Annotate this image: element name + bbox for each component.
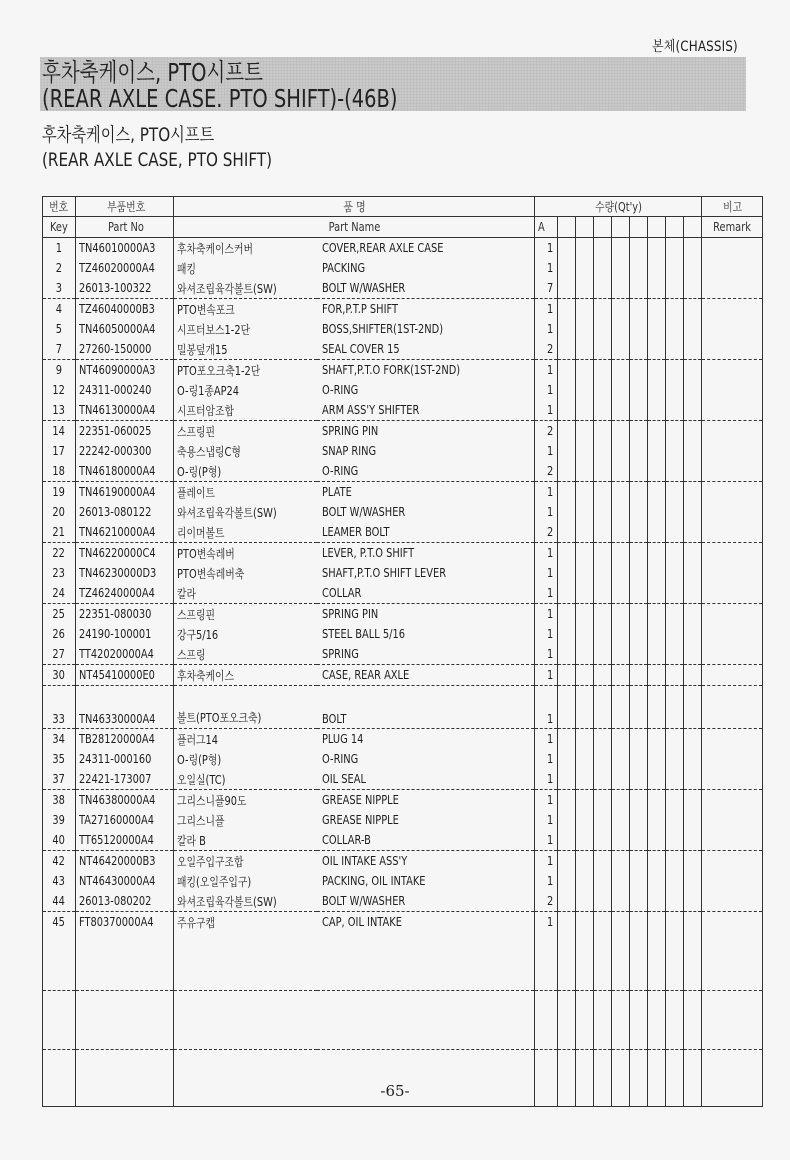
quantity-variant-cell xyxy=(576,912,594,933)
quantity-variant-cell xyxy=(648,871,666,891)
quantity-variant-cell xyxy=(558,891,576,912)
remark-cell xyxy=(702,769,763,790)
key-cell: 5 xyxy=(43,319,76,339)
quantity-variant-cell xyxy=(666,665,684,686)
quantity-variant-cell xyxy=(648,400,666,421)
quantity-variant-cell xyxy=(558,380,576,400)
subtitle-korean: 후차축케이스, PTO시프트 xyxy=(42,125,214,145)
blank-cell xyxy=(576,932,594,991)
quantity-variant-cell xyxy=(576,299,594,320)
key-cell: 39 xyxy=(43,810,76,830)
quantity-variant-cell xyxy=(666,299,684,320)
quantity-variant-cell xyxy=(630,912,648,933)
quantity-cell: 1 xyxy=(535,400,558,421)
quantity-variant-cell xyxy=(558,749,576,769)
quantity-variant-cell xyxy=(630,686,648,729)
quantity-variant-cell xyxy=(612,563,630,583)
key-cell: 1 xyxy=(43,238,76,259)
remark-cell xyxy=(702,543,763,564)
part-name-english-cell: OIL INTAKE ASS'Y xyxy=(317,851,535,872)
part-number-cell: NT46420000B3 xyxy=(76,851,174,872)
quantity-variant-cell xyxy=(594,563,612,583)
part-number-cell: TN46010000A3 xyxy=(76,238,174,259)
remark-cell xyxy=(702,644,763,665)
part-name-korean-cell: 플러그14 xyxy=(174,729,318,750)
part-name-english-cell: STEEL BALL 5/16 xyxy=(317,624,535,644)
quantity-variant-cell xyxy=(594,319,612,339)
header-key-korean: 번호 xyxy=(43,197,76,217)
quantity-variant-cell xyxy=(648,522,666,543)
quantity-variant-cell xyxy=(648,583,666,604)
part-number-cell: 27260-150000 xyxy=(76,339,174,360)
key-cell: 40 xyxy=(43,830,76,851)
quantity-variant-cell xyxy=(558,604,576,625)
quantity-variant-cell xyxy=(576,380,594,400)
key-cell: 37 xyxy=(43,769,76,790)
quantity-variant-cell xyxy=(648,543,666,564)
blank-cell xyxy=(630,932,648,991)
quantity-variant-cell xyxy=(576,810,594,830)
quantity-variant-cell xyxy=(630,319,648,339)
blank-cell xyxy=(648,991,666,1050)
quantity-variant-cell xyxy=(612,360,630,381)
quantity-variant-cell xyxy=(630,790,648,811)
quantity-variant-cell xyxy=(558,482,576,503)
quantity-variant-cell xyxy=(558,238,576,259)
quantity-variant-cell xyxy=(684,583,702,604)
part-number-cell: 24311-000160 xyxy=(76,749,174,769)
table-row: 727260-150000밀봉덮개15SEAL COVER 152 xyxy=(43,339,763,360)
remark-cell xyxy=(702,400,763,421)
remark-cell xyxy=(702,624,763,644)
quantity-variant-cell xyxy=(612,543,630,564)
quantity-variant-cell xyxy=(612,891,630,912)
part-number-cell: 26013-080202 xyxy=(76,891,174,912)
quantity-variant-cell xyxy=(612,380,630,400)
quantity-variant-cell xyxy=(630,278,648,299)
quantity-variant-cell xyxy=(648,360,666,381)
key-cell: 30 xyxy=(43,665,76,686)
quantity-variant-cell xyxy=(594,360,612,381)
quantity-variant-cell xyxy=(576,644,594,665)
quantity-variant-cell xyxy=(558,830,576,851)
quantity-variant-cell xyxy=(630,604,648,625)
remark-cell xyxy=(702,851,763,872)
part-name-korean-cell: 와셔조립육각볼트(SW) xyxy=(174,278,318,299)
quantity-variant-cell xyxy=(576,624,594,644)
remark-cell xyxy=(702,380,763,400)
part-number-cell: TB28120000A4 xyxy=(76,729,174,750)
part-name-english-cell: BOLT W/WASHER xyxy=(317,278,535,299)
table-row: 13TN46130000A4시프터암조합ARM ASS'Y SHIFTER1 xyxy=(43,400,763,421)
remark-cell xyxy=(702,258,763,278)
quantity-variant-cell xyxy=(612,461,630,482)
quantity-variant-cell xyxy=(612,912,630,933)
part-number-cell: TT42020000A4 xyxy=(76,644,174,665)
key-cell: 25 xyxy=(43,604,76,625)
part-number-cell: TZ46040000B3 xyxy=(76,299,174,320)
quantity-variant-cell xyxy=(684,482,702,503)
key-cell: 7 xyxy=(43,339,76,360)
quantity-cell: 1 xyxy=(535,830,558,851)
part-name-korean-cell: 강구5/16 xyxy=(174,624,318,644)
quantity-variant-cell xyxy=(594,299,612,320)
remark-cell xyxy=(702,871,763,891)
quantity-variant-cell xyxy=(558,686,576,729)
quantity-variant-cell xyxy=(612,644,630,665)
key-cell: 38 xyxy=(43,790,76,811)
quantity-variant-cell xyxy=(648,644,666,665)
quantity-variant-cell xyxy=(666,319,684,339)
quantity-variant-cell xyxy=(612,790,630,811)
quantity-variant-cell xyxy=(666,400,684,421)
quantity-variant-cell xyxy=(576,851,594,872)
quantity-variant-cell xyxy=(684,441,702,461)
part-name-english-cell: O-RING xyxy=(317,380,535,400)
quantity-variant-cell xyxy=(684,686,702,729)
part-number-cell: TZ46020000A4 xyxy=(76,258,174,278)
remark-cell xyxy=(702,563,763,583)
quantity-variant-cell xyxy=(612,769,630,790)
part-name-korean-cell: 축용스냅링C형 xyxy=(174,441,318,461)
quantity-variant-cell xyxy=(576,729,594,750)
quantity-variant-cell xyxy=(594,482,612,503)
quantity-variant-cell xyxy=(594,665,612,686)
table-row: 34TB28120000A4플러그14PLUG 141 xyxy=(43,729,763,750)
quantity-variant-cell xyxy=(576,749,594,769)
quantity-variant-cell xyxy=(666,380,684,400)
quantity-variant-cell xyxy=(558,583,576,604)
quantity-variant-cell xyxy=(648,380,666,400)
part-name-korean-cell: O-링1종AP24 xyxy=(174,380,318,400)
part-number-cell: NT46090000A3 xyxy=(76,360,174,381)
header-name-korean: 품 명 xyxy=(174,197,535,217)
quantity-variant-cell xyxy=(666,563,684,583)
remark-cell xyxy=(702,441,763,461)
quantity-variant-cell xyxy=(594,604,612,625)
header-qty: 수량(Qt'y) xyxy=(535,197,702,217)
quantity-variant-cell xyxy=(612,238,630,259)
blank-cell xyxy=(174,932,318,991)
part-name-korean-cell: 오일주입구조합 xyxy=(174,851,318,872)
banner-title-english: (REAR AXLE CASE. PTO SHIFT)-(46B) xyxy=(42,86,398,112)
quantity-variant-cell xyxy=(576,522,594,543)
quantity-variant-cell xyxy=(666,482,684,503)
table-row: 43NT46430000A4패킹(오일주입구)PACKING, OIL INTA… xyxy=(43,871,763,891)
quantity-variant-cell xyxy=(594,421,612,442)
part-name-english-cell: BOLT W/WASHER xyxy=(317,891,535,912)
table-row: 5TN46050000A4시프터보스1-2단BOSS,SHIFTER(1ST-2… xyxy=(43,319,763,339)
part-name-english-cell: SPRING PIN xyxy=(317,421,535,442)
quantity-variant-cell xyxy=(684,522,702,543)
remark-cell xyxy=(702,891,763,912)
table-row: 42NT46420000B3오일주입구조합OIL INTAKE ASS'Y1 xyxy=(43,851,763,872)
quantity-cell: 1 xyxy=(535,729,558,750)
part-number-cell: TN46190000A4 xyxy=(76,482,174,503)
quantity-variant-cell xyxy=(558,871,576,891)
header-partno-english: Part No xyxy=(76,217,174,238)
quantity-variant-cell xyxy=(630,339,648,360)
quantity-variant-cell xyxy=(594,769,612,790)
quantity-variant-cell xyxy=(684,851,702,872)
quantity-variant-cell xyxy=(576,238,594,259)
remark-cell xyxy=(702,421,763,442)
quantity-variant-cell xyxy=(612,686,630,729)
key-cell: 20 xyxy=(43,502,76,522)
quantity-variant-cell xyxy=(684,891,702,912)
part-name-korean-cell: 볼트(PTO포오크축) xyxy=(174,686,318,729)
quantity-variant-cell xyxy=(666,441,684,461)
quantity-cell: 1 xyxy=(535,583,558,604)
table-row: 27TT42020000A4스프링SPRING1 xyxy=(43,644,763,665)
key-cell: 19 xyxy=(43,482,76,503)
quantity-variant-cell xyxy=(612,502,630,522)
remark-cell xyxy=(702,729,763,750)
quantity-cell: 1 xyxy=(535,563,558,583)
quantity-variant-cell xyxy=(594,810,612,830)
part-name-english-cell: SHAFT,P.T.O SHIFT LEVER xyxy=(317,563,535,583)
quantity-variant-cell xyxy=(576,400,594,421)
quantity-variant-cell xyxy=(648,421,666,442)
quantity-variant-cell xyxy=(684,278,702,299)
quantity-cell: 1 xyxy=(535,319,558,339)
blank-cell xyxy=(594,991,612,1050)
table-row: 21TN46210000A4리이머볼트LEAMER BOLT2 xyxy=(43,522,763,543)
quantity-variant-cell xyxy=(558,810,576,830)
quantity-variant-cell xyxy=(576,790,594,811)
quantity-variant-cell xyxy=(684,339,702,360)
quantity-variant-cell xyxy=(612,258,630,278)
table-row: 33TN46330000A4볼트(PTO포오크축)BOLT1 xyxy=(43,686,763,729)
subtitle-english: (REAR AXLE CASE, PTO SHIFT) xyxy=(42,150,272,170)
quantity-cell: 1 xyxy=(535,912,558,933)
quantity-variant-cell xyxy=(594,461,612,482)
blank-cell xyxy=(684,991,702,1050)
part-name-korean-cell: 스프링핀 xyxy=(174,604,318,625)
quantity-variant-cell xyxy=(576,461,594,482)
header-qty-col xyxy=(648,217,666,238)
quantity-variant-cell xyxy=(558,522,576,543)
remark-cell xyxy=(702,583,763,604)
quantity-variant-cell xyxy=(576,278,594,299)
remark-cell xyxy=(702,790,763,811)
table-row: 22TN46220000C4PTO변속레버LEVER, P.T.O SHIFT1 xyxy=(43,543,763,564)
quantity-variant-cell xyxy=(666,604,684,625)
remark-cell xyxy=(702,238,763,259)
remark-cell xyxy=(702,278,763,299)
blank-cell xyxy=(576,991,594,1050)
part-number-cell: 22351-060025 xyxy=(76,421,174,442)
quantity-variant-cell xyxy=(648,258,666,278)
quantity-variant-cell xyxy=(648,238,666,259)
quantity-variant-cell xyxy=(594,891,612,912)
quantity-variant-cell xyxy=(630,830,648,851)
quantity-variant-cell xyxy=(666,238,684,259)
part-number-cell: 22242-000300 xyxy=(76,441,174,461)
key-cell: 42 xyxy=(43,851,76,872)
blank-cell xyxy=(648,932,666,991)
part-number-cell: TN46130000A4 xyxy=(76,400,174,421)
table-row: 45FT80370000A4주유구캡CAP, OIL INTAKE1 xyxy=(43,912,763,933)
quantity-variant-cell xyxy=(630,421,648,442)
part-name-korean-cell: 오일실(TC) xyxy=(174,769,318,790)
part-number-cell: TN46180000A4 xyxy=(76,461,174,482)
quantity-variant-cell xyxy=(594,258,612,278)
blank-cell xyxy=(630,991,648,1050)
part-name-korean-cell: 칼라 B xyxy=(174,830,318,851)
blank-cell xyxy=(43,932,76,991)
key-cell: 13 xyxy=(43,400,76,421)
quantity-variant-cell xyxy=(612,830,630,851)
quantity-variant-cell xyxy=(648,749,666,769)
quantity-variant-cell xyxy=(666,729,684,750)
header-qty-col xyxy=(612,217,630,238)
key-cell: 3 xyxy=(43,278,76,299)
part-number-cell: TN46210000A4 xyxy=(76,522,174,543)
part-name-english-cell: COVER,REAR AXLE CASE xyxy=(317,238,535,259)
blank-cell xyxy=(535,932,558,991)
quantity-variant-cell xyxy=(594,749,612,769)
quantity-variant-cell xyxy=(666,790,684,811)
table-row: 1422351-060025스프링핀SPRING PIN2 xyxy=(43,421,763,442)
quantity-cell: 1 xyxy=(535,604,558,625)
quantity-variant-cell xyxy=(684,502,702,522)
part-number-cell: TN46220000C4 xyxy=(76,543,174,564)
quantity-variant-cell xyxy=(576,258,594,278)
quantity-variant-cell xyxy=(558,299,576,320)
remark-cell xyxy=(702,830,763,851)
quantity-variant-cell xyxy=(558,319,576,339)
part-name-english-cell: COLLAR-B xyxy=(317,830,535,851)
part-number-cell: TZ46240000A4 xyxy=(76,583,174,604)
quantity-variant-cell xyxy=(594,400,612,421)
blank-cell xyxy=(666,991,684,1050)
table-row: 3722421-173007오일실(TC)OIL SEAL1 xyxy=(43,769,763,790)
part-number-cell: 22351-080030 xyxy=(76,604,174,625)
quantity-variant-cell xyxy=(648,278,666,299)
part-name-korean-cell: 패킹(오일주입구) xyxy=(174,871,318,891)
part-name-english-cell: LEVER, P.T.O SHIFT xyxy=(317,543,535,564)
quantity-variant-cell xyxy=(612,810,630,830)
quantity-variant-cell xyxy=(648,319,666,339)
quantity-variant-cell xyxy=(630,891,648,912)
part-name-english-cell: BOLT xyxy=(317,686,535,729)
blank-row xyxy=(43,991,763,1050)
quantity-variant-cell xyxy=(666,258,684,278)
header-remark-english: Remark xyxy=(702,217,763,238)
table-row: 38TN46380000A4그리스니플90도GREASE NIPPLE1 xyxy=(43,790,763,811)
part-name-english-cell: GREASE NIPPLE xyxy=(317,810,535,830)
table-row: 39TA27160000A4그리스니플GREASE NIPPLE1 xyxy=(43,810,763,830)
header-qty-col xyxy=(576,217,594,238)
quantity-variant-cell xyxy=(630,583,648,604)
part-number-cell: 24190-100001 xyxy=(76,624,174,644)
quantity-variant-cell xyxy=(576,563,594,583)
quantity-variant-cell xyxy=(594,583,612,604)
table-row: 2624190-100001강구5/16STEEL BALL 5/161 xyxy=(43,624,763,644)
quantity-variant-cell xyxy=(630,749,648,769)
table-row: 2522351-080030스프링핀SPRING PIN1 xyxy=(43,604,763,625)
parts-table: 번호 부품번호 품 명 수량(Qt'y) 비고 Key Part No Part… xyxy=(42,196,763,1107)
quantity-variant-cell xyxy=(576,339,594,360)
quantity-variant-cell xyxy=(576,769,594,790)
quantity-variant-cell xyxy=(630,729,648,750)
table-row: 1722242-000300축용스냅링C형SNAP RING1 xyxy=(43,441,763,461)
quantity-variant-cell xyxy=(576,482,594,503)
quantity-variant-cell xyxy=(630,502,648,522)
quantity-variant-cell xyxy=(648,604,666,625)
quantity-cell: 1 xyxy=(535,665,558,686)
quantity-variant-cell xyxy=(612,665,630,686)
part-name-english-cell: SEAL COVER 15 xyxy=(317,339,535,360)
page-number: -65- xyxy=(0,1082,790,1100)
remark-cell xyxy=(702,665,763,686)
quantity-variant-cell xyxy=(648,790,666,811)
remark-cell xyxy=(702,360,763,381)
quantity-variant-cell xyxy=(558,769,576,790)
quantity-variant-cell xyxy=(594,522,612,543)
part-number-cell: 24311-000240 xyxy=(76,380,174,400)
part-name-english-cell: CAP, OIL INTAKE xyxy=(317,912,535,933)
remark-cell xyxy=(702,810,763,830)
part-name-english-cell: GREASE NIPPLE xyxy=(317,790,535,811)
quantity-variant-cell xyxy=(576,891,594,912)
quantity-variant-cell xyxy=(612,749,630,769)
table-row: 4426013-080202와셔조립육각볼트(SW)BOLT W/WASHER2 xyxy=(43,891,763,912)
table-row: 24TZ46240000A4칼라COLLAR1 xyxy=(43,583,763,604)
quantity-variant-cell xyxy=(684,830,702,851)
blank-cell xyxy=(612,932,630,991)
key-cell: 44 xyxy=(43,891,76,912)
quantity-variant-cell xyxy=(630,871,648,891)
quantity-variant-cell xyxy=(684,769,702,790)
quantity-variant-cell xyxy=(630,258,648,278)
quantity-variant-cell xyxy=(630,441,648,461)
quantity-variant-cell xyxy=(576,502,594,522)
quantity-cell: 1 xyxy=(535,790,558,811)
key-cell: 14 xyxy=(43,421,76,442)
header-qty-col xyxy=(630,217,648,238)
quantity-variant-cell xyxy=(558,258,576,278)
key-cell: 45 xyxy=(43,912,76,933)
quantity-variant-cell xyxy=(558,624,576,644)
table-row: 19TN46190000A4플레이트PLATE1 xyxy=(43,482,763,503)
quantity-variant-cell xyxy=(576,543,594,564)
part-name-korean-cell: PTO변속포크 xyxy=(174,299,318,320)
quantity-variant-cell xyxy=(648,563,666,583)
header-qty-col xyxy=(684,217,702,238)
quantity-cell: 1 xyxy=(535,299,558,320)
quantity-variant-cell xyxy=(630,380,648,400)
quantity-variant-cell xyxy=(558,665,576,686)
quantity-variant-cell xyxy=(630,624,648,644)
remark-cell xyxy=(702,461,763,482)
quantity-variant-cell xyxy=(684,319,702,339)
quantity-variant-cell xyxy=(684,871,702,891)
parts-table-body: 1TN46010000A3후차축케이스커버COVER,REAR AXLE CAS… xyxy=(43,238,763,1107)
key-cell: 43 xyxy=(43,871,76,891)
part-number-cell: NT45410000E0 xyxy=(76,665,174,686)
blank-cell xyxy=(43,991,76,1050)
key-cell: 4 xyxy=(43,299,76,320)
remark-cell xyxy=(702,482,763,503)
blank-cell xyxy=(666,932,684,991)
quantity-variant-cell xyxy=(612,400,630,421)
blank-cell xyxy=(702,932,763,991)
quantity-variant-cell xyxy=(666,644,684,665)
quantity-variant-cell xyxy=(594,686,612,729)
remark-cell xyxy=(702,339,763,360)
